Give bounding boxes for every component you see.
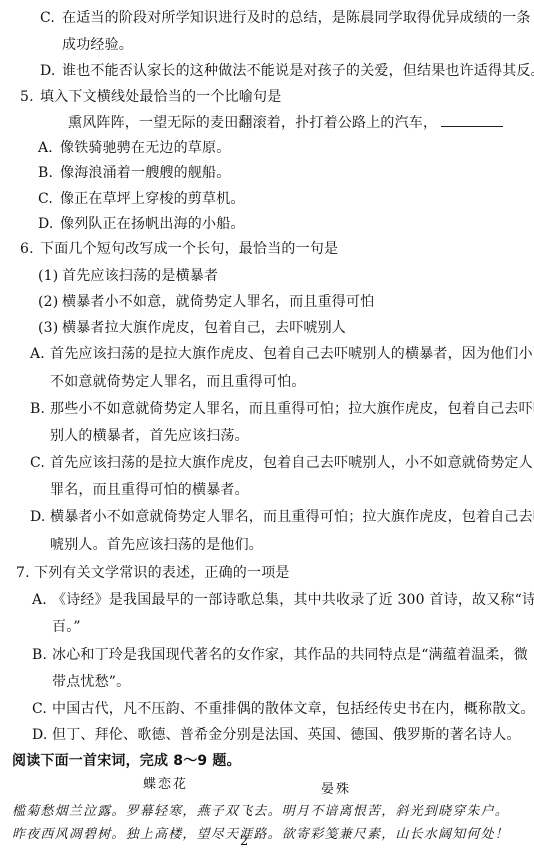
option-text: 那些小不如意就倚势定人罪名，而且重得可怕；拉大旗作虎皮，包着自己去吓唬	[50, 401, 534, 417]
option-label: A.	[32, 591, 52, 609]
option-label: B.	[38, 164, 60, 182]
option-text: 横暴者小不如意就倚势定人罪名，而且重得可怕；拉大旗作虎皮，包着自己去吓	[50, 509, 534, 525]
q7-option-b-line1: B.冰心和丁玲是我国现代著名的女作家，其作品的共同特点是“满蕴着温柔，微	[32, 646, 528, 664]
q7-option-c: C.中国古代，凡不压韵、不重排偶的散体文章，包括经传史书在内，概称散文。	[32, 700, 534, 718]
q6-option-a-line2: 不如意就倚势定人罪名，而且重得可怕。	[50, 373, 306, 391]
q7-stem: 7.下列有关文学常识的表述，正确的一项是	[16, 564, 290, 582]
option-label: C.	[40, 9, 62, 27]
q6-stem: 6.下面几个短句改写成一个长句，最恰当的一句是	[20, 240, 338, 258]
q5-option-c: C.像正在草坪上穿梭的剪草机。	[38, 190, 245, 208]
q6-sentence-3: (3)横暴者拉大旗作虎皮，包着自己，去吓唬别人	[38, 319, 346, 337]
option-text: 《诗经》是我国最早的一部诗歌总集，其中共收录了近 300 首诗，故又称“诗三	[52, 592, 534, 608]
q4-option-c-line2: 成功经验。	[62, 36, 133, 54]
exam-page: C.在适当的阶段对所学知识进行及时的总结，是陈晨同学取得优异成绩的一条 成功经验…	[0, 0, 534, 849]
q4-option-c-line1: C.在适当的阶段对所学知识进行及时的总结，是陈晨同学取得优异成绩的一条	[40, 9, 531, 27]
question-stem: 下列有关文学常识的表述，正确的一项是	[34, 565, 290, 581]
option-text: 像正在草坪上穿梭的剪草机。	[60, 191, 245, 207]
option-text: 在适当的阶段对所学知识进行及时的总结，是陈晨同学取得优异成绩的一条	[62, 10, 531, 26]
option-text: 像列队正在扬帆出海的小船。	[60, 216, 245, 232]
option-label: B.	[30, 400, 50, 418]
q7-option-a-line2: 百。”	[52, 618, 81, 636]
q5-option-a: A.像铁骑驰骋在无边的草原。	[38, 139, 230, 157]
option-text: 像海浪涌着一艘艘的舰船。	[60, 165, 230, 181]
question-stem: 填入下文横线处最恰当的一个比喻句是	[40, 89, 281, 105]
q7-option-d: D.但丁、拜伦、歌德、普希金分别是法国、英国、德国、俄罗斯的著名诗人。	[32, 726, 521, 744]
option-text: 首先应该扫荡的是拉大旗作虎皮、包着自己去吓唬别人的横暴者，因为他们小	[50, 346, 533, 362]
sentence-label: (3)	[38, 319, 62, 337]
q5-option-d: D.像列队正在扬帆出海的小船。	[38, 215, 245, 233]
option-label: C.	[38, 190, 60, 208]
option-label: D.	[30, 508, 50, 526]
sentence-label: (1)	[38, 267, 62, 285]
sentence-text: 首先应该扫荡的是横暴者	[62, 268, 218, 284]
option-text: 冰心和丁玲是我国现代著名的女作家，其作品的共同特点是“满蕴着温柔，微	[52, 647, 528, 663]
option-label: D.	[40, 62, 62, 80]
option-label: A.	[30, 345, 50, 363]
option-label: D.	[32, 726, 52, 744]
sentence-label: (2)	[38, 293, 62, 311]
passage-text: 熏风阵阵，一望无际的麦田翻滚着，扑打着公路上的汽车，	[68, 115, 437, 131]
poem-author: 晏殊	[321, 781, 351, 799]
poem-title: 蝶恋花	[143, 776, 188, 794]
q6-option-c-line2: 罪名，而且重得可怕的横暴者。	[50, 481, 249, 499]
question-number: 5.	[20, 88, 40, 106]
poem-line-2: 昨夜西风凋碧树。独上高楼，望尽天涯路。欲寄彩笺兼尺素，山长水阔知何处！	[12, 826, 509, 844]
question-number: 7.	[16, 564, 34, 582]
option-text: 像铁骑驰骋在无边的草原。	[60, 140, 230, 156]
option-text: 中国古代，凡不压韵、不重排偶的散体文章，包括经传史书在内，概称散文。	[52, 701, 534, 717]
option-text: 首先应该扫荡的是拉大旗作虎皮，包着自己去吓唬别人，小不如意就倚势定人	[50, 455, 533, 471]
sentence-text: 横暴者拉大旗作虎皮，包着自己，去吓唬别人	[62, 320, 346, 336]
q6-sentence-1: (1)首先应该扫荡的是横暴者	[38, 267, 218, 285]
option-label: A.	[38, 139, 60, 157]
option-label: C.	[30, 454, 50, 472]
q6-option-d-line2: 唬别人。首先应该扫荡的是他们。	[50, 536, 263, 554]
option-text: 但丁、拜伦、歌德、普希金分别是法国、英国、德国、俄罗斯的著名诗人。	[52, 727, 521, 743]
q5-passage: 熏风阵阵，一望无际的麦田翻滚着，扑打着公路上的汽车，	[68, 114, 503, 132]
q6-option-b-line1: B.那些小不如意就倚势定人罪名，而且重得可怕；拉大旗作虎皮，包着自己去吓唬	[30, 400, 534, 418]
q6-sentence-2: (2)横暴者小不如意，就倚势定人罪名，而且重得可怕	[38, 293, 374, 311]
q6-option-a-line1: A.首先应该扫荡的是拉大旗作虎皮、包着自己去吓唬别人的横暴者，因为他们小	[30, 345, 533, 363]
sentence-text: 横暴者小不如意，就倚势定人罪名，而且重得可怕	[62, 294, 374, 310]
option-label: B.	[32, 646, 52, 664]
q6-option-b-line2: 别人的横暴者，首先应该扫荡。	[50, 427, 249, 445]
page-number: 2	[240, 833, 248, 849]
question-stem: 下面几个短句改写成一个长句，最恰当的一句是	[40, 241, 338, 257]
option-label: D.	[38, 215, 60, 233]
q7-option-b-line2: 带点忧愁”。	[52, 673, 130, 691]
q5-option-b: B.像海浪涌着一艘艘的舰船。	[38, 164, 230, 182]
option-label: C.	[32, 700, 52, 718]
option-text: 谁也不能否认家长的这种做法不能说是对孩子的关爱，但结果也许适得其反。	[62, 63, 534, 79]
q6-option-c-line1: C.首先应该扫荡的是拉大旗作虎皮，包着自己去吓唬别人，小不如意就倚势定人	[30, 454, 533, 472]
q7-option-a-line1: A.《诗经》是我国最早的一部诗歌总集，其中共收录了近 300 首诗，故又称“诗三	[32, 591, 534, 609]
reading-instruction: 阅读下面一首宋词，完成 8～9 题。	[12, 752, 241, 770]
q4-option-d: D.谁也不能否认家长的这种做法不能说是对孩子的关爱，但结果也许适得其反。	[40, 62, 534, 80]
q6-option-d-line1: D.横暴者小不如意就倚势定人罪名，而且重得可怕；拉大旗作虎皮，包着自己去吓	[30, 508, 534, 526]
poem-line-1: 槛菊愁烟兰泣露。罗幕轻寒，燕子双飞去。明月不谙离恨苦，斜光到晓穿朱户。	[12, 803, 509, 821]
question-number: 6.	[20, 240, 40, 258]
answer-blank	[441, 114, 503, 127]
q5-stem: 5.填入下文横线处最恰当的一个比喻句是	[20, 88, 281, 106]
